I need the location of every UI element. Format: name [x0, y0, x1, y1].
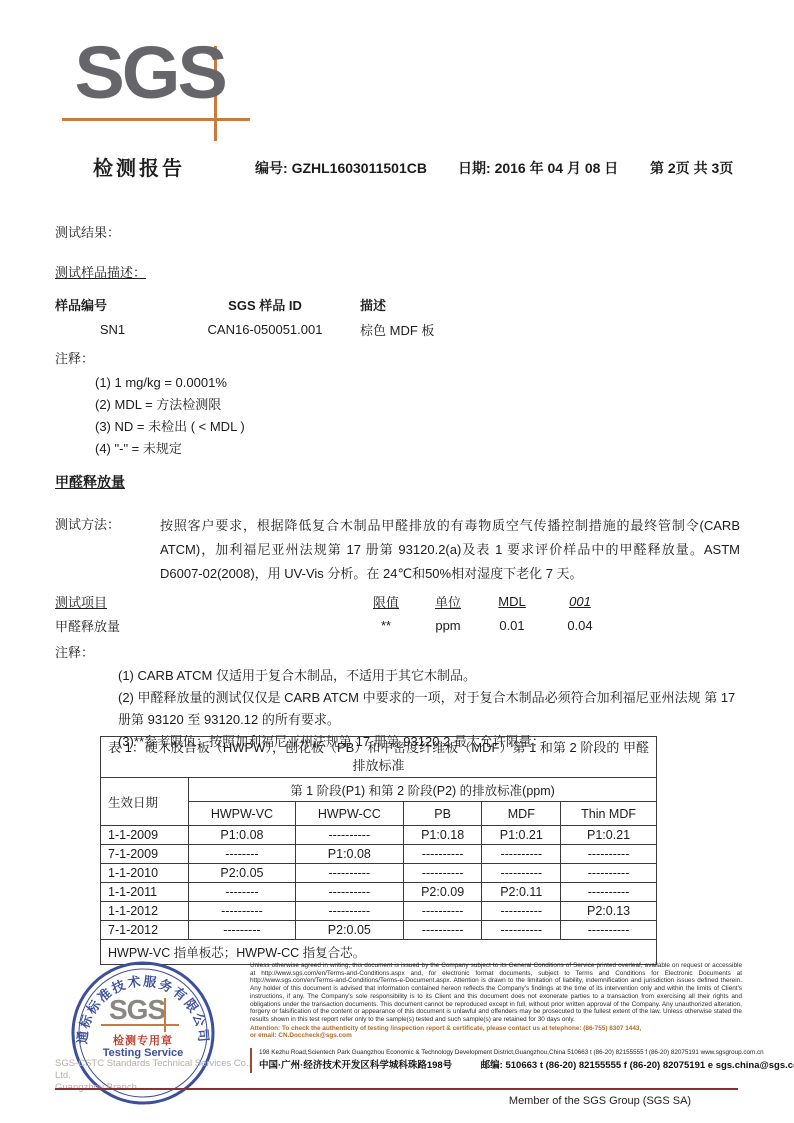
- limit-header: 限值: [355, 590, 417, 613]
- limit-value: **: [355, 613, 417, 638]
- page-title: 检测报告: [93, 152, 185, 181]
- date-cell: 1-1-2009: [101, 826, 189, 845]
- limits-table: 表 1：硬木胶合板（HWPW），刨花板（PB）和中密度纤维板（MDF）第 1 和…: [100, 736, 657, 965]
- value-cell: ----------: [403, 902, 482, 921]
- note-item: (1) 1 mg/kg = 0.0001%: [95, 372, 245, 394]
- date-cell: 7-1-2009: [101, 845, 189, 864]
- legal-text: Unless otherwise agreed in writing, this…: [250, 962, 742, 1024]
- sample-table-header-row: 样品编号 SGS 样品 ID 描述: [55, 292, 580, 317]
- limits-table-title-row: 表 1：硬木胶合板（HWPW），刨花板（PB）和中密度纤维板（MDF）第 1 和…: [101, 737, 657, 778]
- stamp-logo-hline: [101, 1024, 179, 1026]
- mdl-header: MDL: [479, 590, 545, 613]
- table-row: 1-1-2010 P2:0.05 ---------- ---------- -…: [101, 864, 657, 883]
- note-item: (3) ND = 未检出 ( < MDL ): [95, 416, 245, 438]
- table-row: 甲醛释放量 ** ppm 0.01 0.04: [55, 613, 615, 638]
- sample-table: 样品编号 SGS 样品 ID 描述 SN1 CAN16-050051.001 棕…: [55, 292, 580, 342]
- value-cell: P2:0.09: [403, 883, 482, 902]
- unit-value: ppm: [417, 613, 479, 638]
- report-number: 编号: GZHL1603011501CB: [255, 158, 427, 178]
- test-method-text: 按照客户要求，根据降低复合木制品甲醛排放的有毒物质空气传播控制措施的最终管制令(…: [160, 514, 740, 586]
- value-cell: P2:0.05: [189, 864, 296, 883]
- date-cell: 1-1-2012: [101, 902, 189, 921]
- report-number-value: GZHL1603011501CB: [292, 160, 427, 176]
- value-cell: ----------: [403, 845, 482, 864]
- test-item-header: 测试项目: [55, 590, 355, 613]
- value-cell: ----------: [295, 883, 403, 902]
- address-block: 198 Kezhu Road,Scientech Park Guangzhou …: [250, 1048, 750, 1073]
- value-cell: ----------: [295, 902, 403, 921]
- sample-id-header: 001: [545, 590, 615, 613]
- table-row: 7-1-2012 --------- P2:0.05 ---------- --…: [101, 921, 657, 940]
- column-header: HWPW-VC: [189, 802, 296, 826]
- column-header: PB: [403, 802, 482, 826]
- value-cell: ----------: [561, 864, 657, 883]
- note-item: (1) CARB ATCM 仅适用于复合木制品，不适用于其它木制品。: [118, 665, 740, 687]
- page-indicator: 第 2页 共 3页: [650, 158, 733, 178]
- stamp-sgs-logo: SGS: [109, 994, 165, 1026]
- report-number-label: 编号:: [255, 160, 288, 176]
- date-cell: 1-1-2011: [101, 883, 189, 902]
- unit-header: 单位: [417, 590, 479, 613]
- stamp-logo-vline: [164, 998, 166, 1032]
- attention-text: Attention: To check the authenticity of …: [250, 1025, 742, 1040]
- date-cell: 1-1-2010: [101, 864, 189, 883]
- limits-table-title: 表 1：硬木胶合板（HWPW），刨花板（PB）和中密度纤维板（MDF）第 1 和…: [101, 737, 657, 778]
- value-cell: ----------: [482, 902, 561, 921]
- description-value: 棕色 MDF 板: [360, 317, 580, 342]
- sample-no-header: 样品编号: [55, 292, 170, 317]
- report-date-label: 日期:: [458, 160, 491, 176]
- value-cell: P1:0.08: [295, 845, 403, 864]
- value-cell: ----------: [295, 864, 403, 883]
- result-table-header-row: 测试项目 限值 单位 MDL 001: [55, 590, 615, 613]
- table-row: 1-1-2012 ---------- ---------- ---------…: [101, 902, 657, 921]
- value-cell: --------: [189, 883, 296, 902]
- value-cell: ----------: [482, 864, 561, 883]
- note-item: (2) MDL = 方法检测限: [95, 394, 245, 416]
- limits-table-span-header-row: 生效日期 第 1 阶段(P1) 和第 2 阶段(P2) 的排放标准(ppm): [101, 778, 657, 802]
- test-item-value: 甲醛释放量: [55, 613, 355, 638]
- column-header: HWPW-CC: [295, 802, 403, 826]
- value-cell: ----------: [561, 845, 657, 864]
- address-english: 198 Kezhu Road,Scientech Park Guangzhou …: [259, 1048, 750, 1058]
- effective-date-header: 生效日期: [101, 778, 189, 826]
- formaldehyde-section-title: 甲醛释放量: [55, 472, 125, 492]
- sgs-id-header: SGS 样品 ID: [170, 292, 360, 317]
- phase-standards-header: 第 1 阶段(P1) 和第 2 阶段(P2) 的排放标准(ppm): [189, 778, 657, 802]
- test-report-page: SGS 检测报告 编号: GZHL1603011501CB 日期: 2016 年…: [0, 0, 794, 1123]
- value-cell: ----------: [189, 902, 296, 921]
- value-cell: P1:0.21: [482, 826, 561, 845]
- sgs-logo-text: SGS: [75, 32, 225, 113]
- value-cell: P1:0.21: [561, 826, 657, 845]
- value-cell: --------: [189, 845, 296, 864]
- notes1-label: 注释：: [55, 348, 94, 367]
- value-cell: ----------: [482, 921, 561, 940]
- attention-line: Attention: To check the authenticity of …: [250, 1025, 742, 1033]
- date-cell: 7-1-2012: [101, 921, 189, 940]
- value-cell: P1:0.08: [189, 826, 296, 845]
- sgs-id-value: CAN16-050051.001: [170, 317, 360, 342]
- value-cell: P2:0.05: [295, 921, 403, 940]
- logo-horizontal-line: [62, 118, 250, 121]
- column-header: MDF: [482, 802, 561, 826]
- attention-line: or email: CN.Doccheck@sgs.com: [250, 1032, 742, 1040]
- table-row: 1-1-2011 -------- ---------- P2:0.09 P2:…: [101, 883, 657, 902]
- value-cell: P2:0.13: [561, 902, 657, 921]
- report-date: 日期: 2016 年 04 月 08 日: [458, 158, 618, 178]
- sgs-member-text: Member of the SGS Group (SGS SA): [440, 1095, 760, 1107]
- table-row: 1-1-2009 P1:0.08 ---------- P1:0.18 P1:0…: [101, 826, 657, 845]
- test-results-label: 测试结果：: [55, 222, 120, 241]
- test-method-label: 测试方法：: [55, 514, 120, 533]
- notes2-label: 注释：: [55, 642, 94, 661]
- stamp-purpose-text: 检测专用章: [68, 1032, 218, 1048]
- sample-description-label: 测试样品描述：: [55, 262, 146, 281]
- address-chinese: 中国·广州·经济技术开发区科学城科珠路198号 邮编: 510663 t (86…: [259, 1058, 750, 1073]
- column-header: Thin MDF: [561, 802, 657, 826]
- value-cell: ---------: [189, 921, 296, 940]
- value-cell: ----------: [295, 826, 403, 845]
- note-item: (4) "-" = 未规定: [95, 438, 245, 460]
- description-header: 描述: [360, 292, 580, 317]
- table-row: SN1 CAN16-050051.001 棕色 MDF 板: [55, 317, 580, 342]
- company-line: SGS-CSTC Standards Technical Services Co…: [55, 1058, 265, 1082]
- result-value: 0.04: [545, 613, 615, 638]
- value-cell: P2:0.11: [482, 883, 561, 902]
- sample-no-value: SN1: [55, 317, 170, 342]
- table-row: 7-1-2009 -------- P1:0.08 ---------- ---…: [101, 845, 657, 864]
- mdl-value: 0.01: [479, 613, 545, 638]
- value-cell: ----------: [482, 845, 561, 864]
- note-item: (2) 甲醛释放量的测试仅仅是 CARB ATCM 中要求的一项，对于复合木制品…: [118, 687, 740, 731]
- result-table: 测试项目 限值 单位 MDL 001 甲醛释放量 ** ppm 0.01 0.0…: [55, 590, 615, 638]
- footer-divider-line: [55, 1088, 738, 1090]
- value-cell: ----------: [403, 921, 482, 940]
- report-date-value: 2016 年 04 月 08 日: [495, 160, 619, 176]
- value-cell: P1:0.18: [403, 826, 482, 845]
- sgs-logo: SGS: [62, 36, 262, 146]
- value-cell: ----------: [561, 921, 657, 940]
- value-cell: ----------: [561, 883, 657, 902]
- value-cell: ----------: [403, 864, 482, 883]
- notes1-list: (1) 1 mg/kg = 0.0001% (2) MDL = 方法检测限 (3…: [95, 372, 245, 460]
- legal-disclaimer: Unless otherwise agreed in writing, this…: [250, 962, 742, 1040]
